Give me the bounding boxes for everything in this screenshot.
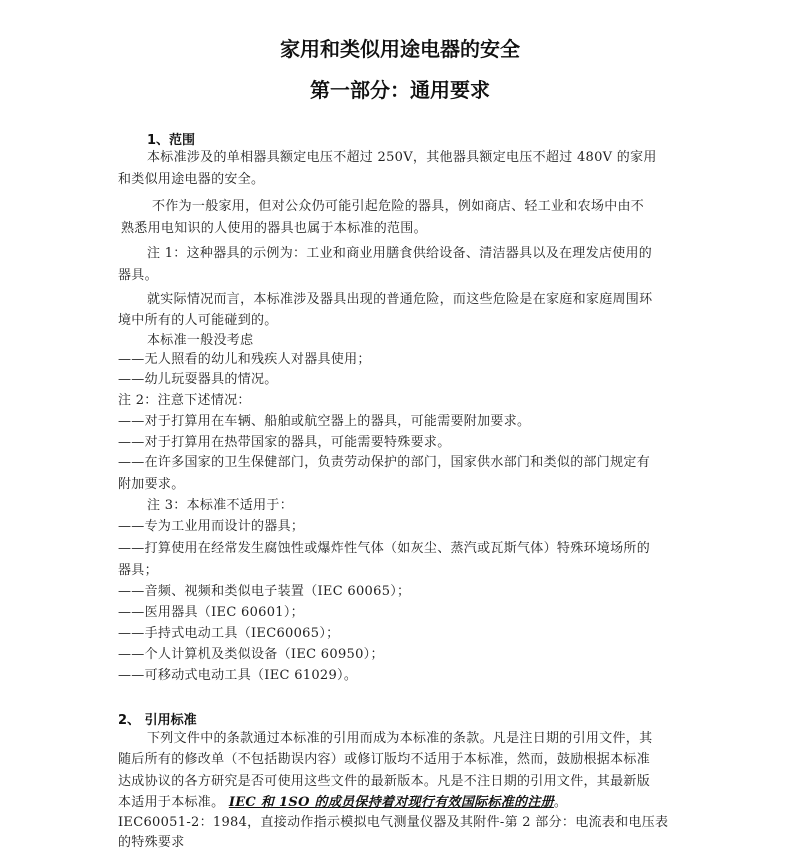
paragraph-line: 达成协议的各方研究是否可使用这些文件的最新版本。凡是不注日期的引用文件，其最新版 — [118, 774, 650, 790]
list-item: ——对于打算用在车辆、船舶或航空器上的器具，可能需要附加要求。 — [118, 414, 530, 430]
paragraph-line: 下列文件中的条款通过本标准的引用而成为本标准的条款。凡是注日期的引用文件，其 — [147, 731, 652, 747]
section-2-heading: 2、 引用标准 — [118, 709, 197, 728]
paragraph-line: 不作为一般家用，但对公众仍可能引起危险的器具，例如商店、轻工业和农场中由不 — [152, 199, 644, 215]
reference-line: 的特殊要求 — [118, 835, 185, 851]
note-line: 注 3：本标准不适用于： — [147, 498, 293, 514]
paragraph-line: 和类似用途电器的安全。 — [118, 172, 264, 188]
note-line: 注 2：注意下述情况： — [118, 393, 251, 409]
list-item: 器具； — [118, 563, 158, 579]
emphasis-text: IEC 和 1SO 的成员保持着对现行有效国际标准的注册 — [229, 795, 554, 810]
paragraph-line: 就实际情况而言，本标准涉及器具出现的普通危险，而这些危险是在家庭和家庭周围环 — [147, 292, 652, 308]
paragraph-line: 本标准涉及的单相器具额定电压不超过 250V，其他器具额定电压不超过 480V … — [147, 150, 657, 166]
reference-line: IEC60051-2：1984，直接动作指示模拟电气测量仪器及其附件-第 2 部… — [118, 815, 668, 831]
document-title: 家用和类似用途电器的安全 — [0, 33, 800, 62]
emphasis-end: 。 — [554, 795, 567, 810]
paragraph-line: 本标准一般没考虑 — [147, 333, 253, 349]
list-item: ——音频、视频和类似电子装置（IEC 60065）； — [118, 584, 410, 600]
list-item: ——幼儿玩耍器具的情况。 — [118, 372, 278, 388]
list-item: ——专为工业用而设计的器具； — [118, 519, 304, 535]
note-line: 注 1：这种器具的示例为：工业和商业用膳食供给设备、清洁器具以及在理发店使用的 — [147, 246, 652, 262]
list-item: ——对于打算用在热带国家的器具，可能需要特殊要求。 — [118, 435, 451, 451]
paragraph-line: 随后所有的修改单（不包括勘误内容）或修订版均不适用于本标准，然而，鼓励根据本标准 — [118, 752, 650, 768]
section-1-heading: 1、范围 — [147, 129, 195, 148]
paragraph-text: 本适用于本标准。 — [118, 795, 224, 810]
paragraph-line: 境中所有的人可能碰到的。 — [118, 313, 278, 329]
list-item: ——医用器具（IEC 60601）； — [118, 605, 304, 621]
list-item: 附加要求。 — [118, 477, 185, 493]
note-line: 器具。 — [118, 268, 158, 284]
document-page: 家用和类似用途电器的安全 第一部分：通用要求 1、范围 本标准涉及的单相器具额定… — [0, 0, 800, 855]
paragraph-line: 本适用于本标准。 IEC 和 1SO 的成员保持着对现行有效国际标准的注册。 — [118, 795, 567, 811]
list-item: ——可移动式电动工具（IEC 61029）。 — [118, 668, 357, 684]
list-item: ——无人照看的幼儿和残疾人对器具使用； — [118, 352, 371, 368]
list-item: ——在许多国家的卫生保健部门，负责劳动保护的部门，国家供水部门和类似的部门规定有 — [118, 455, 650, 471]
list-item: ——打算使用在经常发生腐蚀性或爆炸性气体（如灰尘、蒸汽或瓦斯气体）特殊环境场所的 — [118, 541, 650, 557]
paragraph-line: 熟悉用电知识的人使用的器具也属于本标准的范围。 — [121, 221, 427, 237]
list-item: ——个人计算机及类似设备（IEC 60950）； — [118, 647, 384, 663]
list-item: ——手持式电动工具（IEC60065）； — [118, 626, 339, 642]
document-subtitle: 第一部分：通用要求 — [0, 74, 800, 103]
